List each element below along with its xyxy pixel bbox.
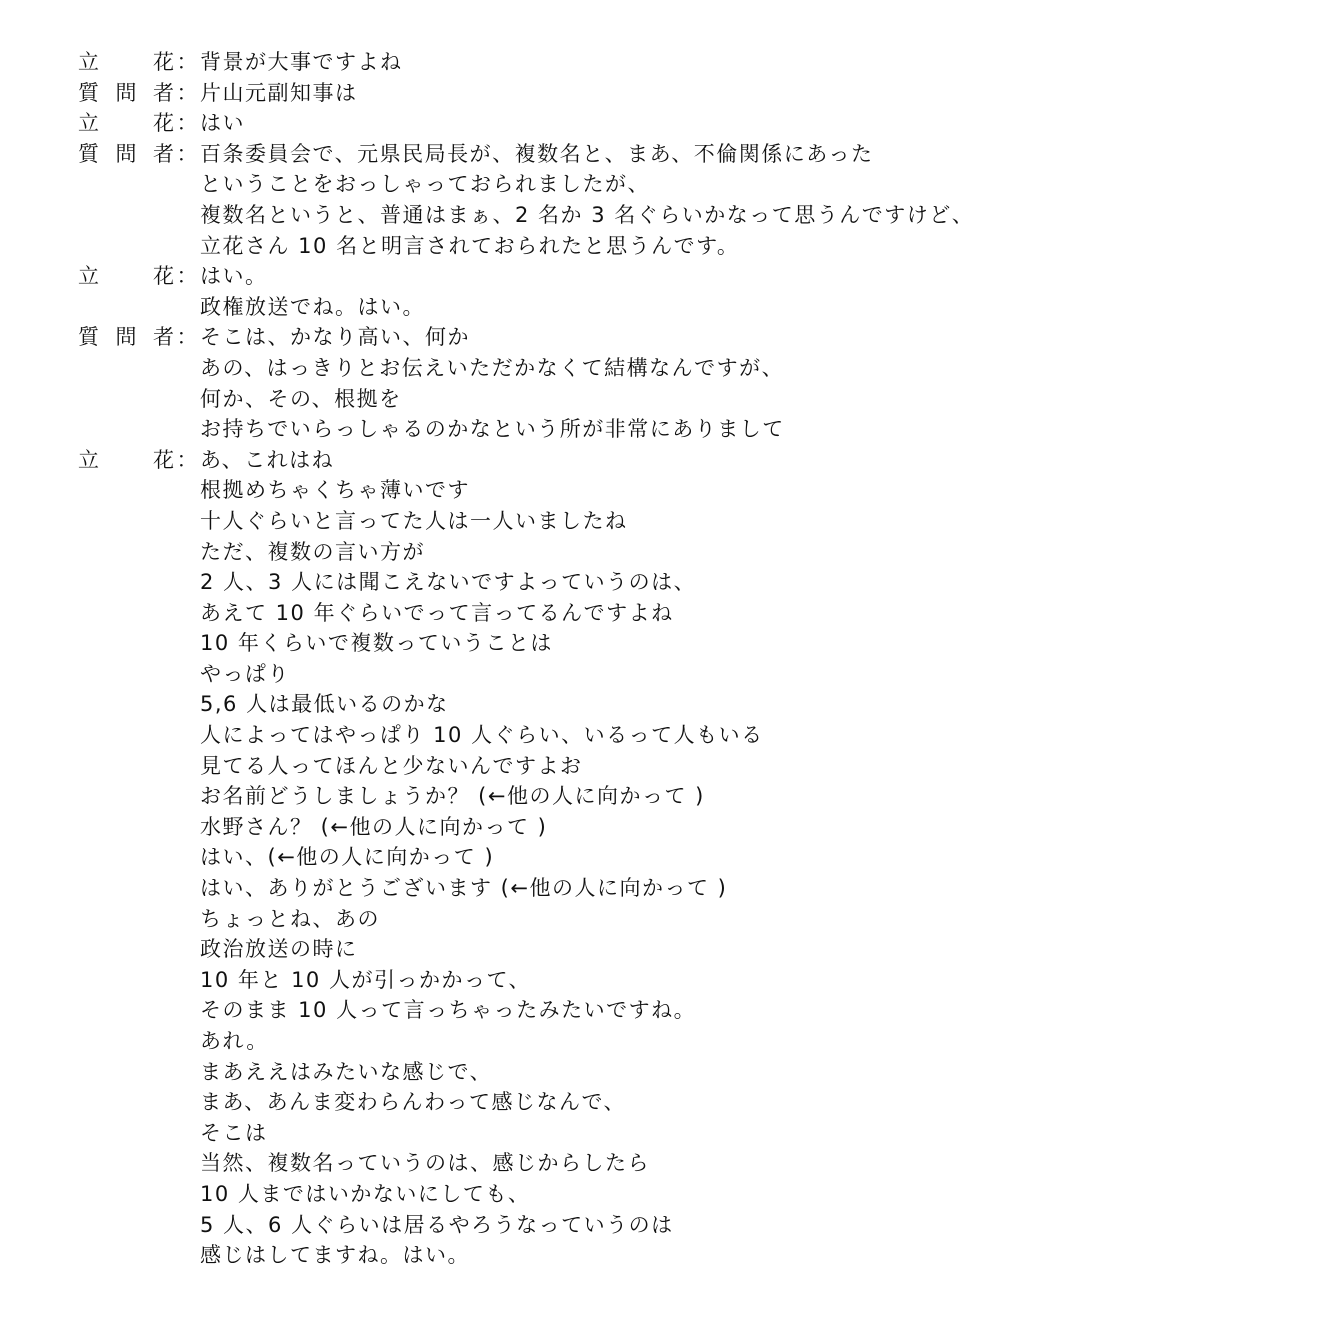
transcript-turn: 立 花：はい bbox=[78, 108, 1278, 139]
utterance-line: 2 人、3 人には聞こえないですよっていうのは、 bbox=[200, 567, 1278, 598]
utterance-line: はい。 bbox=[200, 261, 1278, 292]
utterance-line: 複数名というと、普通はまぁ、2 名か 3 名ぐらいかなって思うんですけど、 bbox=[200, 200, 1278, 231]
utterance-line: 根拠めちゃくちゃ薄いです bbox=[200, 475, 1278, 506]
speaker-label: 質問者 bbox=[78, 322, 174, 353]
utterance-line: 10 年くらいで複数っていうことは bbox=[200, 628, 1278, 659]
speaker-separator: ： bbox=[174, 108, 200, 139]
transcript-turn: 質問者：そこは、かなり高い、何かあの、はっきりとお伝えいただかなくて結構なんです… bbox=[78, 322, 1278, 444]
speaker-separator: ： bbox=[174, 78, 200, 109]
speaker-name: 立 花 bbox=[78, 108, 174, 139]
utterance-line: あれ。 bbox=[200, 1026, 1278, 1057]
speaker-label: 立 花 bbox=[78, 47, 174, 78]
utterance-line: 背景が大事ですよね bbox=[200, 47, 1278, 78]
utterance-line: あえて 10 年ぐらいでって言ってるんですよね bbox=[200, 598, 1278, 629]
utterance: あ、これはね根拠めちゃくちゃ薄いです十人ぐらいと言ってた人は一人いましたねただ、… bbox=[200, 445, 1278, 1271]
speaker-label: 質問者 bbox=[78, 78, 174, 109]
speaker-name: 立 花 bbox=[78, 261, 174, 292]
utterance-line: お持ちでいらっしゃるのかなという所が非常にありまして bbox=[200, 414, 1278, 445]
utterance-line: ただ、複数の言い方が bbox=[200, 537, 1278, 568]
utterance: 背景が大事ですよね bbox=[200, 47, 1278, 78]
utterance-line: まあ、あんま変わらんわって感じなんで、 bbox=[200, 1087, 1278, 1118]
utterance-line: 何か、その、根拠を bbox=[200, 384, 1278, 415]
utterance-line: あ、これはね bbox=[200, 445, 1278, 476]
speaker-label: 質問者 bbox=[78, 139, 174, 170]
transcript-turn: 立 花：背景が大事ですよね bbox=[78, 47, 1278, 78]
utterance: 片山元副知事は bbox=[200, 78, 1278, 109]
transcript-turn: 立 花：はい。政権放送でね。はい。 bbox=[78, 261, 1278, 322]
speaker-label: 立 花 bbox=[78, 445, 174, 476]
utterance-line: 十人ぐらいと言ってた人は一人いましたね bbox=[200, 506, 1278, 537]
utterance-line: 政治放送の時に bbox=[200, 934, 1278, 965]
utterance-line: はい、ありがとうございます (←他の人に向かって ) bbox=[200, 873, 1278, 904]
utterance-line: 水野さん？ (←他の人に向かって ) bbox=[200, 812, 1278, 843]
utterance-line: はい bbox=[200, 108, 1278, 139]
utterance: はい bbox=[200, 108, 1278, 139]
utterance-line: 立花さん 10 名と明言されておられたと思うんです。 bbox=[200, 231, 1278, 262]
speaker-separator: ： bbox=[174, 445, 200, 476]
speaker-name: 立 花 bbox=[78, 47, 174, 78]
utterance-line: はい、(←他の人に向かって ) bbox=[200, 842, 1278, 873]
utterance-line: 当然、複数名っていうのは、感じからしたら bbox=[200, 1148, 1278, 1179]
utterance-line: 5 人、6 人ぐらいは居るやろうなっていうのは bbox=[200, 1210, 1278, 1241]
utterance-line: 5,6 人は最低いるのかな bbox=[200, 689, 1278, 720]
utterance-line: そこは bbox=[200, 1118, 1278, 1149]
utterance-line: そこは、かなり高い、何か bbox=[200, 322, 1278, 353]
speaker-name: 質問者 bbox=[78, 139, 174, 170]
speaker-separator: ： bbox=[174, 139, 200, 170]
speaker-name: 質問者 bbox=[78, 78, 174, 109]
utterance-line: 10 年と 10 人が引っかかって、 bbox=[200, 965, 1278, 996]
utterance-line: そのまま 10 人って言っちゃったみたいですね。 bbox=[200, 995, 1278, 1026]
speaker-name: 質問者 bbox=[78, 322, 174, 353]
utterance-line: 10 人まではいかないにしても、 bbox=[200, 1179, 1278, 1210]
transcript: 立 花：背景が大事ですよね質問者：片山元副知事は立 花：はい質問者：百条委員会で… bbox=[78, 47, 1278, 1271]
transcript-turn: 立 花：あ、これはね根拠めちゃくちゃ薄いです十人ぐらいと言ってた人は一人いました… bbox=[78, 445, 1278, 1271]
utterance-line: ということをおっしゃっておられましたが、 bbox=[200, 169, 1278, 200]
utterance-line: まあええはみたいな感じで、 bbox=[200, 1057, 1278, 1088]
utterance-line: 百条委員会で、元県民局長が、複数名と、まあ、不倫関係にあった bbox=[200, 139, 1278, 170]
speaker-label: 立 花 bbox=[78, 108, 174, 139]
utterance-line: 見てる人ってほんと少ないんですよお bbox=[200, 751, 1278, 782]
speaker-name: 立 花 bbox=[78, 445, 174, 476]
speaker-label: 立 花 bbox=[78, 261, 174, 292]
speaker-separator: ： bbox=[174, 261, 200, 292]
speaker-separator: ： bbox=[174, 322, 200, 353]
utterance-line: 片山元副知事は bbox=[200, 78, 1278, 109]
transcript-turn: 質問者：百条委員会で、元県民局長が、複数名と、まあ、不倫関係にあったということを… bbox=[78, 139, 1278, 261]
utterance-line: ちょっとね、あの bbox=[200, 904, 1278, 935]
utterance-line: お名前どうしましょうか？ (←他の人に向かって ) bbox=[200, 781, 1278, 812]
utterance-line: 感じはしてますね。はい。 bbox=[200, 1240, 1278, 1271]
transcript-turn: 質問者：片山元副知事は bbox=[78, 78, 1278, 109]
utterance-line: やっぱり bbox=[200, 659, 1278, 690]
utterance: そこは、かなり高い、何かあの、はっきりとお伝えいただかなくて結構なんですが、何か… bbox=[200, 322, 1278, 444]
speaker-separator: ： bbox=[174, 47, 200, 78]
utterance: 百条委員会で、元県民局長が、複数名と、まあ、不倫関係にあったということをおっしゃ… bbox=[200, 139, 1278, 261]
utterance-line: あの、はっきりとお伝えいただかなくて結構なんですが、 bbox=[200, 353, 1278, 384]
utterance-line: 政権放送でね。はい。 bbox=[200, 292, 1278, 323]
utterance: はい。政権放送でね。はい。 bbox=[200, 261, 1278, 322]
utterance-line: 人によってはやっぱり 10 人ぐらい、いるって人もいる bbox=[200, 720, 1278, 751]
